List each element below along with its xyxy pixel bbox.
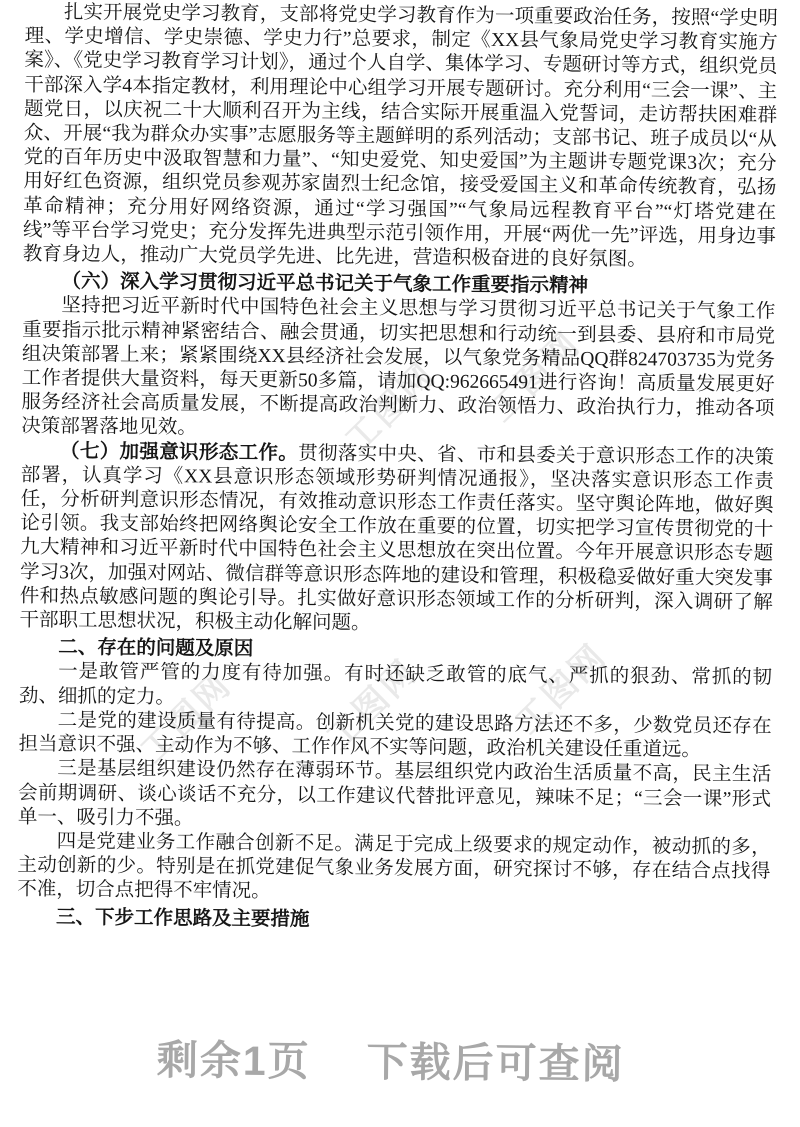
- paragraph-problem-four: 四是党建业务工作融合创新不足。满足于完成上级要求的规定动作，被动抓的多，主动创新…: [17, 830, 771, 909]
- paragraph-problem-one: 一是敢管严管的力度有待加强。有时还缺乏敢管的底气、严抓的狠劲、常抓的韧劲、细抓的…: [19, 660, 772, 715]
- download-hint-label: 下载后可查阅: [366, 1039, 624, 1087]
- document-page: 工图网 工图网 工图网 工图网 工图网 扎实开展党史学习教育，支部将党史学习教育…: [0, 0, 800, 1127]
- remaining-pages-label: 剩余1页: [157, 1037, 311, 1084]
- paragraph-meteorology-instructions: 坚持把习近平新时代中国特色社会主义思想与学习贯彻习近平总书记关于气象工作重要指示…: [21, 294, 775, 446]
- document-body: 扎实开展党史学习教育，支部将党史学习教育作为一项重要政治任务，按照“学史明理、学…: [17, 1, 778, 936]
- paragraph-text: 贯彻落实中央、省、市和县委关于意识形态工作的决策部署，认真学习《XX县意识形态领…: [19, 443, 774, 634]
- paragraph-lead-section-seven: （七）加强意识形态工作。: [60, 441, 298, 464]
- paragraph-problem-three: 三是基层组织建设仍然存在薄弱环节。基层组织党内政治生活质量不高，民主生活会前期调…: [18, 757, 772, 836]
- paragraph-ideology-work: （七）加强意识形态工作。贯彻落实中央、省、市和县委关于意识形态工作的决策部署，认…: [19, 440, 774, 640]
- preview-footer-banner: 剩余1页下载后可查阅: [0, 1026, 791, 1092]
- paragraph-problem-two: 二是党的建设质量有待提高。创新机关党的建设思路方法还不多，少数党员还存在担当意识…: [18, 709, 771, 764]
- scanned-page-tilt: 工图网 工图网 工图网 工图网 工图网 扎实开展党史学习教育，支部将党史学习教育…: [0, 0, 800, 1127]
- paragraph-party-history-education: 扎实开展党史学习教育，支部将党史学习教育作为一项重要政治任务，按照“学史明理、学…: [23, 1, 778, 274]
